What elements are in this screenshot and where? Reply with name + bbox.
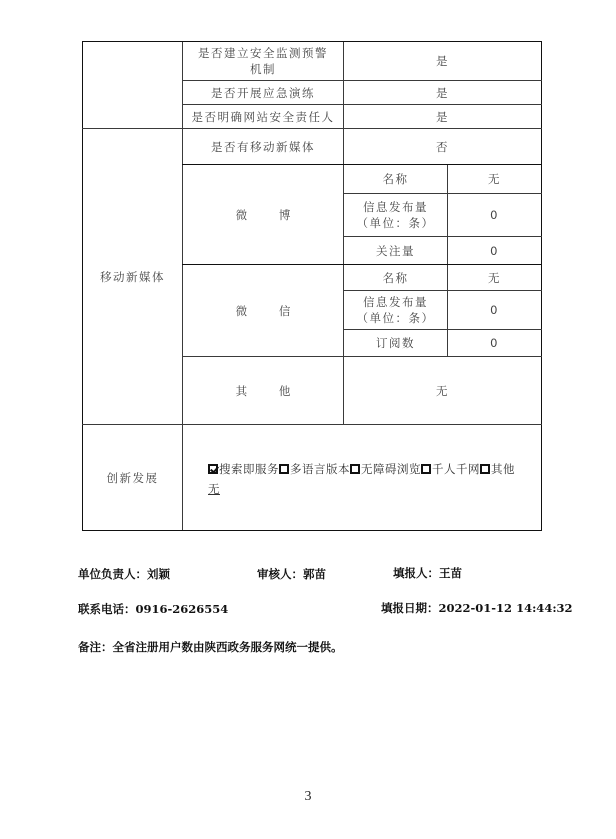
option-label: 搜索即服务 bbox=[219, 462, 279, 476]
mobile-media-section-label: 移动新媒体 bbox=[83, 129, 182, 424]
innovation-option-other[interactable]: 其他 bbox=[480, 462, 515, 476]
security-row-label: 是否明确网站安全责任人 bbox=[183, 105, 343, 128]
other-media-label: 其 他 bbox=[183, 357, 343, 424]
option-label: 千人千网 bbox=[432, 462, 480, 476]
filler: 填报人：王苗 bbox=[393, 565, 462, 581]
weibo-label: 微 博 bbox=[183, 165, 343, 264]
label-line: 机制 bbox=[250, 61, 276, 77]
checkbox-unchecked-icon[interactable] bbox=[279, 464, 289, 474]
weibo-posts-value: 0 bbox=[448, 194, 541, 236]
unit-head: 单位负责人：刘颖 bbox=[78, 566, 170, 582]
note: 备注：全省注册用户数由陕西政务服务网统一提供。 bbox=[78, 639, 343, 655]
weibo-label-text: 微 博 bbox=[236, 207, 305, 223]
label-line: 是否建立安全监测预警 bbox=[198, 45, 328, 61]
weibo-followers-value: 0 bbox=[448, 237, 541, 264]
fill-date: 填报日期：2022-01-12 14:44:32 bbox=[381, 600, 573, 616]
checkbox-unchecked-icon[interactable] bbox=[350, 464, 360, 474]
weixin-subscribers-label: 订阅数 bbox=[344, 330, 447, 356]
weibo-name-label: 名称 bbox=[344, 165, 447, 193]
label-line: （单位：条） bbox=[357, 215, 435, 231]
weibo-posts-label: 信息发布量 （单位：条） bbox=[344, 194, 447, 236]
checkbox-checked-icon[interactable] bbox=[208, 464, 218, 474]
weixin-posts-value: 0 bbox=[448, 291, 541, 329]
other-media-value: 无 bbox=[344, 357, 541, 424]
weixin-name-label: 名称 bbox=[344, 265, 447, 290]
checkbox-unchecked-icon[interactable] bbox=[480, 464, 490, 474]
innovation-option-multilingual[interactable]: 多语言版本 bbox=[279, 462, 350, 476]
innovation-option-personalized[interactable]: 千人千网 bbox=[421, 462, 480, 476]
weibo-followers-label: 关注量 bbox=[344, 237, 447, 264]
checkbox-unchecked-icon[interactable] bbox=[421, 464, 431, 474]
innovation-options: 搜索即服务多语言版本无障碍浏览千人千网其他 无 bbox=[208, 459, 538, 499]
page-number: 3 bbox=[0, 789, 616, 805]
other-media-label-text: 其 他 bbox=[236, 383, 305, 399]
weibo-name-value: 无 bbox=[448, 165, 541, 193]
label-line: 信息发布量 bbox=[363, 294, 428, 310]
weixin-name-value: 无 bbox=[448, 265, 541, 290]
label-line: （单位：条） bbox=[357, 310, 435, 326]
option-label: 其他 bbox=[491, 462, 515, 476]
weixin-subscribers-value: 0 bbox=[448, 330, 541, 356]
weixin-label-text: 微 信 bbox=[236, 303, 305, 319]
security-row-value: 是 bbox=[344, 42, 541, 80]
table-border-bottom bbox=[82, 530, 542, 531]
innovation-other-text: 无 bbox=[208, 482, 220, 496]
weixin-label: 微 信 bbox=[183, 265, 343, 356]
security-row-label: 是否建立安全监测预警 机制 bbox=[183, 42, 343, 80]
option-label: 多语言版本 bbox=[290, 462, 350, 476]
label-line: 信息发布量 bbox=[363, 199, 428, 215]
weixin-posts-label: 信息发布量 （单位：条） bbox=[344, 291, 447, 329]
table-border-right bbox=[541, 41, 542, 531]
innovation-option-search-service[interactable]: 搜索即服务 bbox=[208, 462, 279, 476]
innovation-section-label: 创新发展 bbox=[83, 425, 182, 530]
reviewer: 审核人：郭苗 bbox=[257, 566, 326, 582]
option-label: 无障碍浏览 bbox=[361, 462, 421, 476]
security-row-value: 是 bbox=[344, 105, 541, 128]
security-row-label: 是否开展应急演练 bbox=[183, 81, 343, 104]
security-row-value: 是 bbox=[344, 81, 541, 104]
innovation-option-accessibility[interactable]: 无障碍浏览 bbox=[350, 462, 421, 476]
has-mobile-media-value: 否 bbox=[344, 129, 541, 164]
has-mobile-media-label: 是否有移动新媒体 bbox=[183, 129, 343, 164]
contact-phone: 联系电话：0916-2626554 bbox=[78, 601, 228, 617]
